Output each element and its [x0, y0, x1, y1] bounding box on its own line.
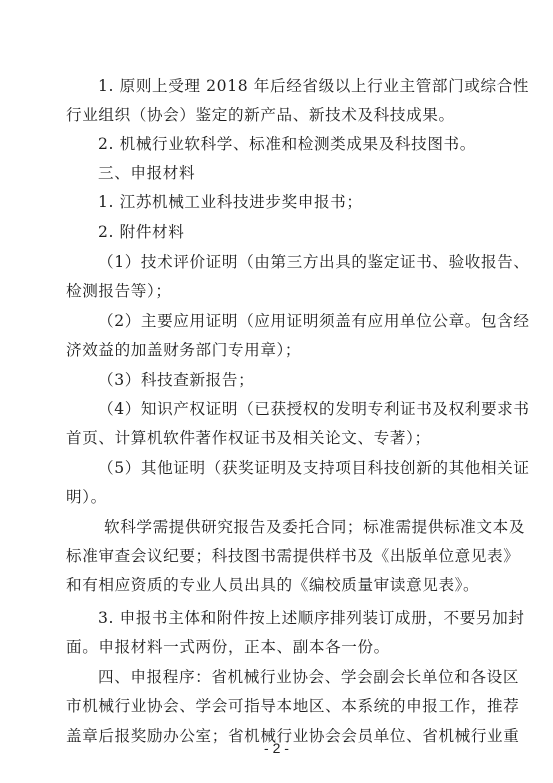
section-heading: 三、申报材料 — [98, 163, 195, 183]
text-line: （1）技术评价证明（由第三方出具的鉴定证书、验收报告、 — [98, 252, 530, 272]
text-line: （5）其他证明（获奖证明及支持项目科技创新的其他相关证 — [98, 458, 530, 478]
text-line: 1. 原则上受理 2018 年后经省级以上行业主管部门或综合性 — [98, 76, 529, 96]
text-line: （4）知识产权证明（已获授权的发明专利证书及权利要求书 — [98, 399, 530, 419]
text-line: 首页、计算机软件著作权证书及相关论文、专著）； — [66, 428, 431, 448]
text-line: （3）科技查新报告； — [98, 370, 254, 390]
text-line: 市机械行业协会、学会可指导本地区、本系统的申报工作，推荐 — [66, 696, 519, 716]
page-number: - 2 - — [0, 740, 553, 756]
section-heading: 四、申报程序：省机械行业协会、学会副会长单位和各设区 — [98, 667, 519, 687]
text-line: 软科学需提供研究报告及委托合同；标准需提供标准文本及 — [104, 517, 525, 537]
text-line: 标准审查会议纪要；科技图书需提供样书及《出版单位意见表》 — [66, 546, 519, 566]
text-line: 1. 江苏机械工业科技进步奖申报书； — [98, 192, 363, 212]
text-line: 明）。 — [66, 487, 107, 507]
text-line: 济效益的加盖财务部门专用章）； — [66, 340, 301, 360]
text-line: 2. 附件材料 — [98, 222, 184, 242]
text-line: 和有相应资质的专业人员出具的《编校质量审读意见表》。 — [66, 575, 479, 595]
text-line: 3. 申报书主体和附件按上述顺序排列装订成册，不要另加封 — [98, 608, 524, 628]
text-line: 面。申报材料一式两份，正本、副本各一份。 — [66, 637, 390, 657]
text-line: （2）主要应用证明（应用证明须盖有应用单位公章。包含经 — [98, 311, 530, 331]
text-line: 行业组织（协会）鉴定的新产品、新技术及科技成果。 — [66, 105, 455, 125]
text-line: 2. 机械行业软科学、标准和检测类成果及科技图书。 — [98, 134, 476, 154]
text-line: 检测报告等）； — [66, 281, 172, 301]
